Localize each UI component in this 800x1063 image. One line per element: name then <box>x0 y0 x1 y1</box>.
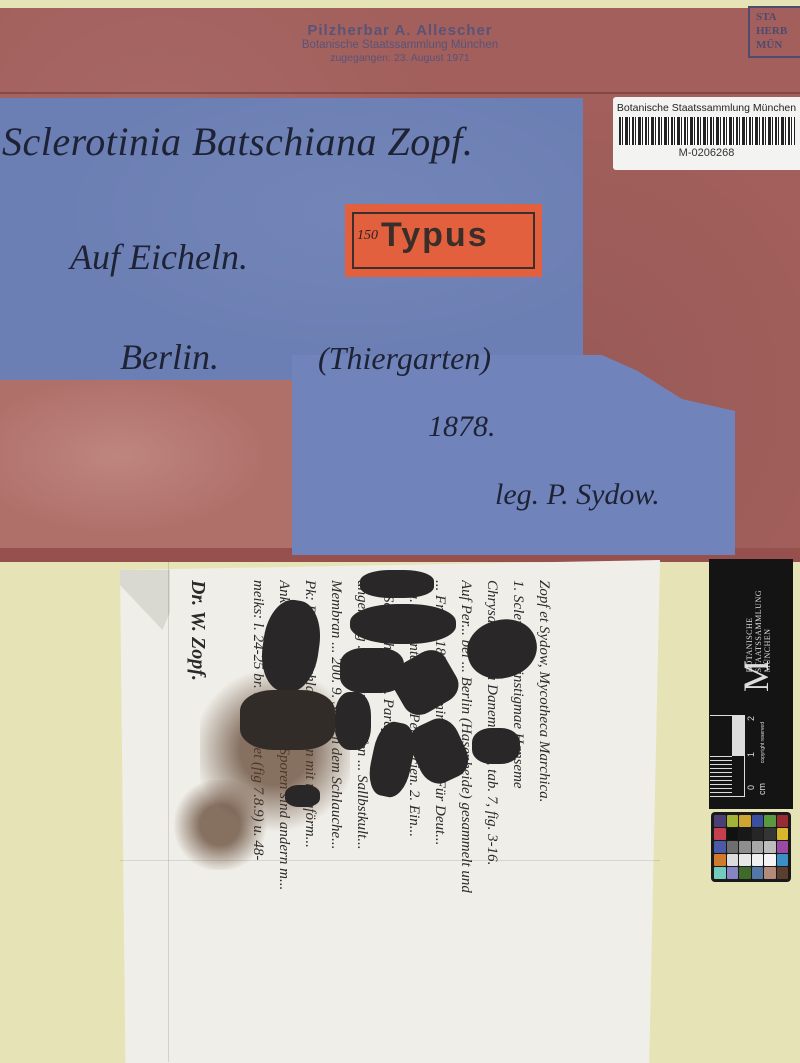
stamp-line-3: zugegangen: 23. August 1971 <box>265 52 535 64</box>
color-swatch <box>739 815 751 827</box>
color-swatch <box>764 841 776 853</box>
scale-unit: cm <box>757 783 767 795</box>
corner-stamp: STA HERB MÜN <box>748 6 800 58</box>
sclerotium <box>285 785 320 807</box>
allescher-stamp: Pilzherbar A. Allescher Botanische Staat… <box>265 22 535 65</box>
color-calibration-chart <box>711 812 791 882</box>
color-swatch <box>714 815 726 827</box>
barcode-institution: Botanische Staatssammlung München <box>613 102 800 114</box>
leaf-logo-icon: M <box>735 660 777 692</box>
sclerotium <box>472 728 520 764</box>
copyright-notice: copyright reserved <box>760 722 766 763</box>
packet-fold-line <box>168 562 169 1062</box>
scale-ruler <box>710 715 745 797</box>
substrate: Auf Eicheln. <box>70 236 248 278</box>
color-swatch <box>777 867 789 879</box>
color-swatch <box>727 828 739 840</box>
color-swatch <box>727 854 739 866</box>
color-swatch <box>752 854 764 866</box>
color-swatch <box>727 867 739 879</box>
color-swatch <box>777 828 789 840</box>
color-swatch <box>739 854 751 866</box>
color-swatch <box>714 828 726 840</box>
collection-year: 1878. <box>428 410 496 444</box>
corner-stamp-line: HERB <box>756 24 800 38</box>
corner-stamp-line: MÜN <box>756 38 800 52</box>
specimen-debris <box>170 780 270 870</box>
color-swatch <box>752 828 764 840</box>
typus-text: Typus <box>381 216 489 255</box>
scale-tick-2: 2 <box>746 716 756 721</box>
sclerotium <box>360 570 434 598</box>
corner-stamp-line: STA <box>756 10 800 24</box>
color-swatch <box>727 815 739 827</box>
color-swatch <box>752 815 764 827</box>
typus-label: 150 Typus <box>345 204 542 277</box>
color-swatch <box>739 828 751 840</box>
sclerotium <box>350 604 456 644</box>
color-swatch <box>764 828 776 840</box>
color-swatch <box>752 841 764 853</box>
color-swatch <box>777 815 789 827</box>
card-faded-area <box>0 380 295 548</box>
color-swatch <box>764 867 776 879</box>
color-swatch <box>777 841 789 853</box>
color-swatch <box>739 867 751 879</box>
sclerotium <box>335 692 371 750</box>
stamp-line-1: Pilzherbar A. Allescher <box>265 22 535 39</box>
card-fold-line <box>0 92 800 94</box>
color-swatch <box>777 854 789 866</box>
collector: leg. P. Sydow. <box>495 478 660 512</box>
typus-number: 150 <box>357 228 378 244</box>
scale-tick-1: 1 <box>746 752 756 757</box>
color-swatch <box>714 854 726 866</box>
sclerotium <box>240 690 335 750</box>
taxon-name: Sclerotinia Batschiana Zopf. <box>2 118 473 165</box>
barcode-icon <box>619 117 795 145</box>
color-swatch <box>764 854 776 866</box>
color-swatch <box>714 867 726 879</box>
barcode-label: Botanische Staatssammlung München M-0206… <box>613 97 800 170</box>
color-swatch <box>739 841 751 853</box>
locality-detail: (Thiergarten) <box>318 340 491 377</box>
catalog-number: M-0206268 <box>613 147 800 159</box>
locality: Berlin. <box>120 336 219 378</box>
color-swatch <box>714 841 726 853</box>
stamp-line-2: Botanische Staatssammlung München <box>265 39 535 52</box>
scale-tick-0: 0 <box>746 785 756 790</box>
color-swatch <box>764 815 776 827</box>
color-swatch <box>752 867 764 879</box>
color-swatch <box>727 841 739 853</box>
